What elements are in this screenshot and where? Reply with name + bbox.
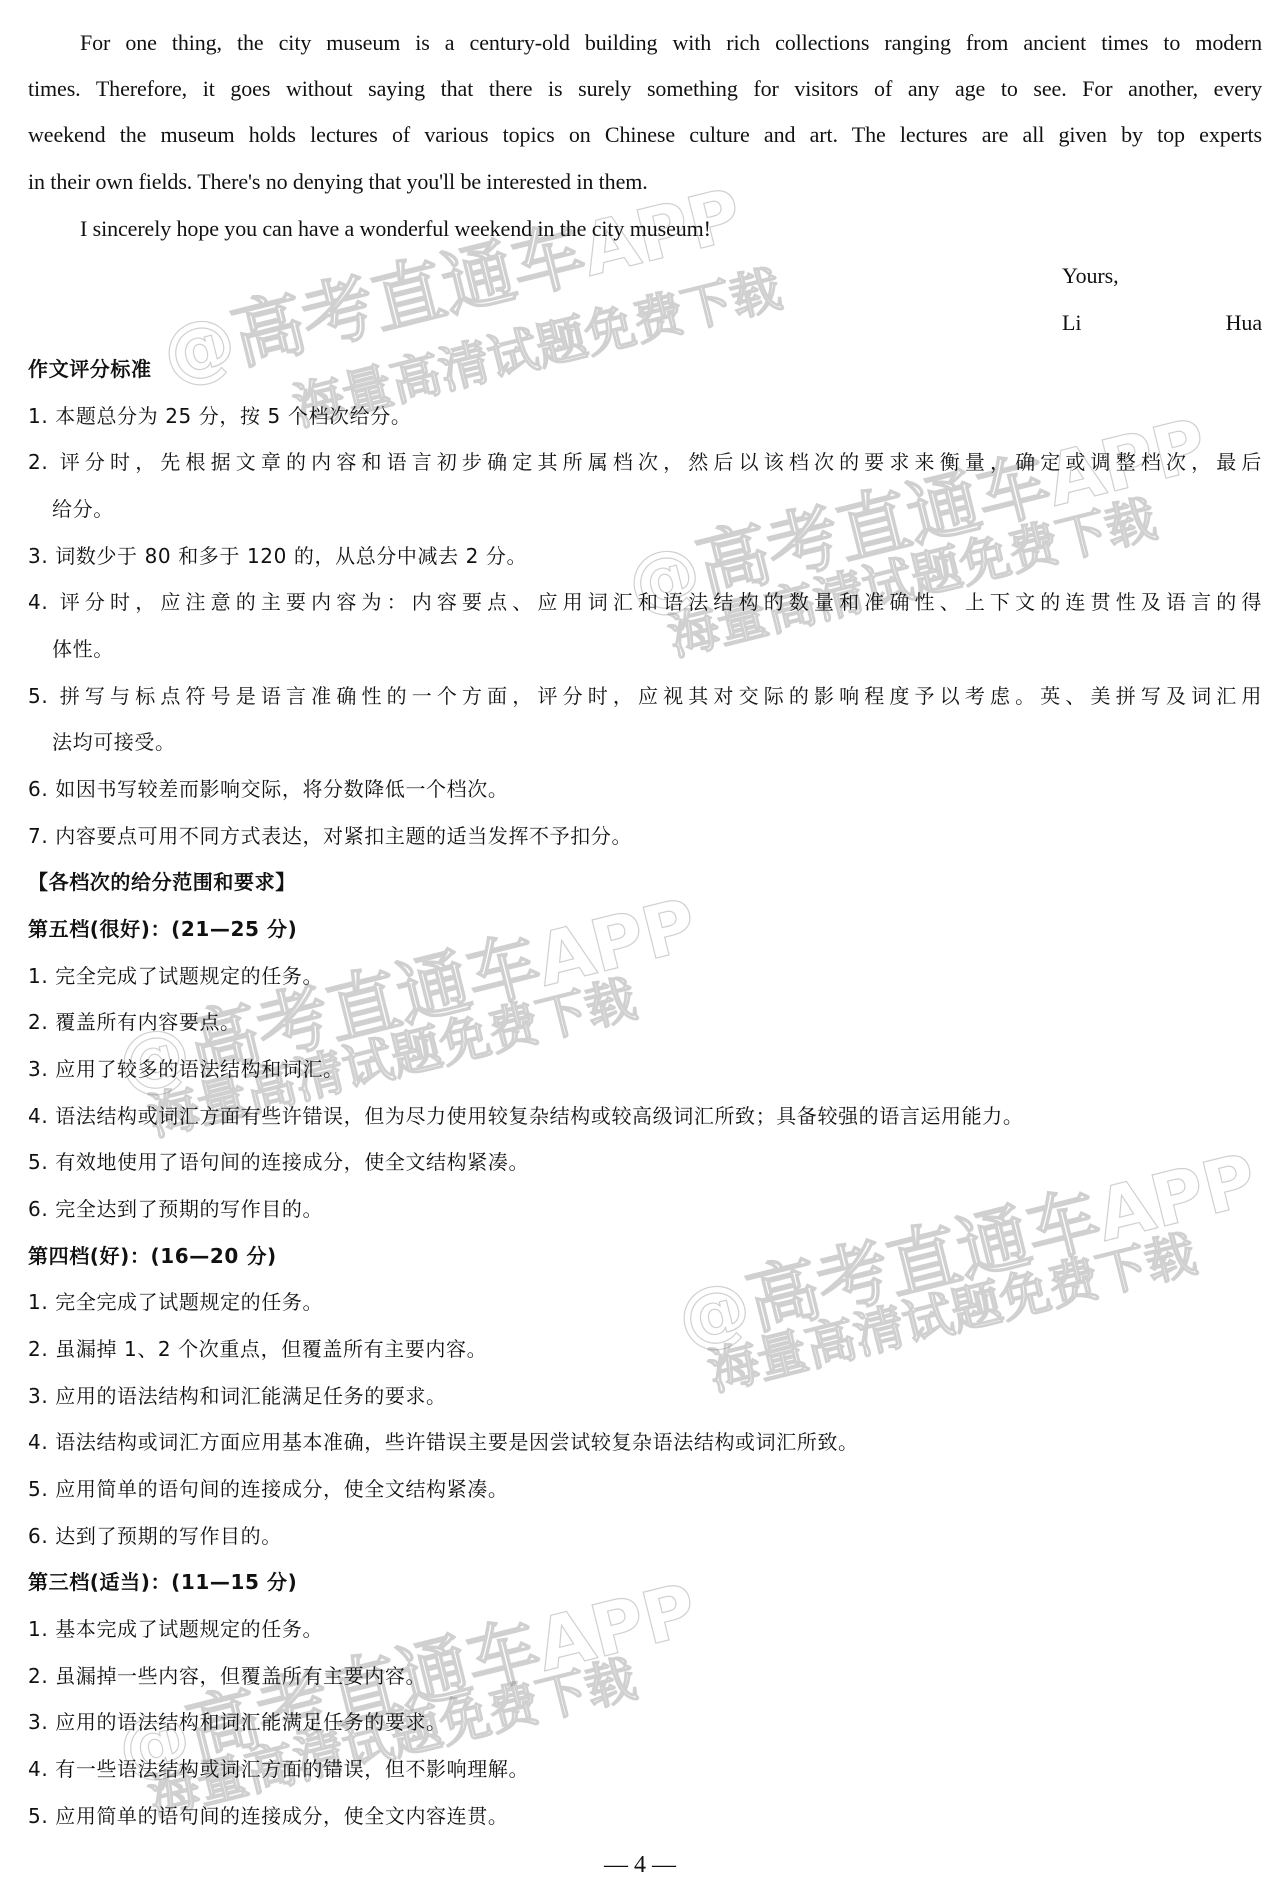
level-item: 2. 覆盖所有内容要点。 [28, 1007, 1262, 1037]
letter-paragraph-line: in their own fields. There's no denying … [28, 167, 1262, 197]
scoring-rule: 4. 评分时，应注意的主要内容为：内容要点、应用词汇和语法结构的数量和准确性、上… [28, 587, 1262, 617]
level-item: 6. 完全达到了预期的写作目的。 [28, 1194, 1262, 1224]
level-item: 3. 应用了较多的语法结构和词汇。 [28, 1054, 1262, 1084]
scoring-rule: 6. 如因书写较差而影响交际，将分数降低一个档次。 [28, 774, 1262, 804]
level-item: 5. 应用简单的语句间的连接成分，使全文结构紧凑。 [28, 1474, 1262, 1504]
level-item: 5. 有效地使用了语句间的连接成分，使全文结构紧凑。 [28, 1147, 1262, 1177]
level-heading: 第五档(很好)：(21—25 分) [28, 914, 1262, 944]
letter-closing-paragraph: I sincerely hope you can have a wonderfu… [80, 214, 1262, 244]
level-item: 2. 虽漏掉 1、2 个次重点，但覆盖所有主要内容。 [28, 1334, 1262, 1364]
level-item: 1. 基本完成了试题规定的任务。 [28, 1614, 1262, 1644]
letter-paragraph-line: times. Therefore, it goes without saying… [28, 74, 1262, 104]
level-heading: 第四档(好)：(16—20 分) [28, 1241, 1262, 1271]
scoring-rule-continuation: 给分。 [52, 494, 1262, 524]
level-heading: 第三档(适当)：(11—15 分) [28, 1567, 1262, 1597]
scoring-rule: 5. 拼写与标点符号是语言准确性的一个方面，评分时，应视其对交际的影响程度予以考… [28, 681, 1262, 711]
level-item: 1. 完全完成了试题规定的任务。 [28, 961, 1262, 991]
scoring-rule-continuation: 体性。 [52, 634, 1262, 664]
level-item: 3. 应用的语法结构和词汇能满足任务的要求。 [28, 1381, 1262, 1411]
scoring-title: 作文评分标准 [28, 354, 1262, 384]
levels-title: 【各档次的给分范围和要求】 [28, 867, 1262, 897]
letter-closing: Yours, [1062, 261, 1262, 291]
letter-paragraph-line: For one thing, the city museum is a cent… [80, 28, 1262, 58]
scoring-rule: 7. 内容要点可用不同方式表达，对紧扣主题的适当发挥不予扣分。 [28, 821, 1262, 851]
level-item: 5. 应用简单的语句间的连接成分，使全文内容连贯。 [28, 1801, 1262, 1831]
level-item: 4. 语法结构或词汇方面应用基本准确，些许错误主要是因尝试较复杂语法结构或词汇所… [28, 1427, 1262, 1457]
level-item: 3. 应用的语法结构和词汇能满足任务的要求。 [28, 1707, 1262, 1737]
document-page: @高考直通车APP 海量高清试题免费下载 @高考直通车APP 海量高清试题免费下… [0, 0, 1280, 1895]
letter-paragraph-line: weekend the museum holds lectures of var… [28, 120, 1262, 150]
level-item: 6. 达到了预期的写作目的。 [28, 1521, 1262, 1551]
level-item: 1. 完全完成了试题规定的任务。 [28, 1287, 1262, 1317]
page-number: — 4 — [0, 1852, 1280, 1879]
level-item: 4. 语法结构或词汇方面有些许错误，但为尽力使用较复杂结构或较高级词汇所致；具备… [28, 1101, 1262, 1131]
letter-signature: Li Hua [1062, 308, 1262, 338]
level-item: 2. 虽漏掉一些内容，但覆盖所有主要内容。 [28, 1661, 1262, 1691]
level-item: 4. 有一些语法结构或词汇方面的错误，但不影响理解。 [28, 1754, 1262, 1784]
scoring-rule: 2. 评分时，先根据文章的内容和语言初步确定其所属档次，然后以该档次的要求来衡量… [28, 447, 1262, 477]
scoring-rule: 1. 本题总分为 25 分，按 5 个档次给分。 [28, 401, 1262, 431]
scoring-rule: 3. 词数少于 80 和多于 120 的，从总分中减去 2 分。 [28, 541, 1262, 571]
scoring-rule-continuation: 法均可接受。 [52, 727, 1262, 757]
